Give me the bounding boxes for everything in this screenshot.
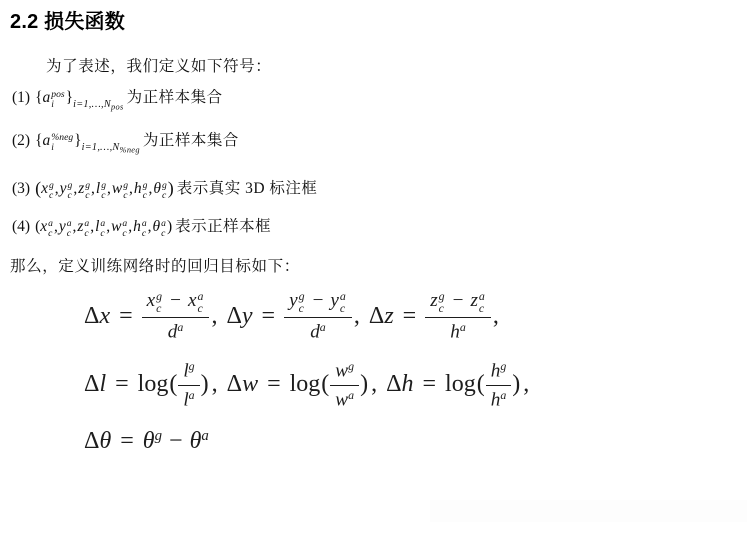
denominator: ha [425, 318, 491, 344]
equation-block: Δx=xgc−xacda,Δy=ygc−yacda,Δz=zgc−zacha, … [84, 289, 538, 455]
var-supsub: ac [122, 219, 127, 239]
var-supsub: gc [101, 181, 106, 201]
var-sup: g [189, 359, 195, 373]
var-sup: g [500, 359, 506, 373]
lhs-var: y [242, 303, 253, 330]
var-base: h [133, 218, 141, 235]
comma: , [129, 180, 133, 197]
var-base: x [40, 218, 47, 235]
var-base: z [78, 180, 84, 197]
var-supsub: ac [84, 219, 89, 239]
var-base: d [168, 322, 178, 343]
lhs-var: w [242, 371, 258, 398]
comma: , [493, 303, 499, 330]
minus-sign: − [453, 290, 464, 311]
comma: , [148, 218, 152, 235]
index-sub: %neg [120, 145, 140, 154]
fraction: hgha [486, 358, 512, 412]
comma: , [55, 180, 59, 197]
open-paren: ( [477, 371, 485, 398]
comma: , [90, 218, 94, 235]
var-base: θ [190, 428, 202, 454]
var-base: x [188, 290, 197, 311]
comma: , [212, 371, 218, 398]
var-sub: c [439, 302, 445, 314]
definition-item-4: (4)(xac,yac,zac,lac,wac,hac,θac)表示正样本框 [12, 217, 271, 239]
comma: , [73, 218, 77, 235]
var-sub: c [197, 302, 203, 314]
var-sup: a [189, 388, 195, 402]
comma: , [148, 180, 152, 197]
var-sub: c [479, 302, 485, 314]
intro-paragraph: 为了表述，我们定义如下符号： [46, 54, 271, 76]
numerator: xgc−xac [142, 289, 210, 318]
var-supsub: ac [479, 290, 485, 314]
var-sub: c [143, 191, 148, 201]
var-base: h [450, 322, 460, 343]
var-sub: c [68, 191, 73, 201]
var-base: z [430, 290, 437, 311]
var-supsub: gc [156, 290, 162, 314]
open-brace: { [35, 89, 42, 106]
set-notation: {a%negi}i=1,…,N%neg [35, 132, 140, 149]
denominator: da [142, 318, 210, 344]
index-text: i=1,…,N [73, 99, 111, 110]
var-base: l [96, 180, 100, 197]
delta-symbol: Δ [84, 303, 99, 330]
var-sub: i [51, 100, 64, 110]
var-sub: c [142, 229, 147, 239]
tuple-notation: (xac,yac,zac,lac,wac,hac,θac) [35, 218, 172, 235]
var-sup: a [500, 388, 506, 402]
var-base: h [491, 390, 501, 411]
open-paren: ( [169, 371, 177, 398]
close-paren: ) [167, 218, 172, 235]
var-supsub: ac [197, 290, 203, 314]
log-function: log [445, 371, 476, 398]
var-sup: %neg [51, 133, 73, 143]
log-function: log [138, 371, 169, 398]
delta-symbol: Δ [84, 428, 99, 454]
index-range: i=1,…,Npos [73, 99, 124, 110]
equals-sign: = [423, 371, 437, 398]
var-supsub: gc [68, 181, 73, 201]
var-base: w [112, 180, 122, 197]
fraction: wgwa [330, 358, 359, 412]
comma: , [371, 371, 377, 398]
var-supsub: gc [123, 181, 128, 201]
close-brace: } [74, 132, 81, 149]
close-paren: ) [360, 371, 368, 398]
var-sup: a [201, 428, 208, 444]
comma: , [107, 180, 111, 197]
comma: , [354, 303, 360, 330]
definition-item-1: (1){aposi}i=1,…,Npos为正样本集合 [12, 88, 223, 113]
var-sub: c [49, 191, 54, 201]
definition-item-3: (3)(xgc,ygc,zgc,lgc,wgc,hgc,θgc)表示真实 3D … [12, 177, 317, 201]
log-function: log [290, 371, 321, 398]
definition-item-2: (2){a%negi}i=1,…,N%neg为正样本集合 [12, 131, 239, 156]
lhs-var: x [99, 303, 110, 330]
var-sub: c [48, 229, 53, 239]
var-base: l [95, 218, 99, 235]
var-supsub: gc [162, 181, 167, 201]
comma: , [211, 303, 217, 330]
var-sub: c [101, 191, 106, 201]
comma: , [128, 218, 132, 235]
var-base: z [470, 290, 477, 311]
fraction: xgc−xacda [142, 289, 210, 344]
comma: , [523, 371, 529, 398]
denominator: da [284, 318, 352, 344]
equals-sign: = [120, 428, 134, 454]
delta-symbol: Δ [386, 371, 401, 398]
close-paren: ) [201, 371, 209, 398]
set-notation: {aposi}i=1,…,Npos [35, 89, 124, 106]
var-base: y [59, 218, 66, 235]
close-brace: } [66, 89, 73, 106]
lhs-var: z [384, 303, 393, 330]
numerator: lg [178, 358, 199, 387]
var-base: d [310, 322, 320, 343]
var-sub: c [340, 302, 346, 314]
var-supsub: ac [142, 219, 147, 239]
index-text: i=1,…,N [82, 142, 120, 153]
var-base: a [43, 132, 51, 149]
var-sub: c [100, 229, 105, 239]
var-supsub: gc [299, 290, 305, 314]
var-base: θ [143, 428, 155, 454]
var-base: y [60, 180, 67, 197]
var-supsub: ac [161, 219, 166, 239]
var-supsub: gc [143, 181, 148, 201]
numerator: zgc−zac [425, 289, 491, 318]
lhs-var: h [402, 371, 414, 398]
var-sub: c [67, 229, 72, 239]
var-base: y [289, 290, 298, 311]
item-text: 表示真实 3D 标注框 [177, 180, 318, 197]
var-sub: i [51, 143, 73, 153]
var-sub: c [156, 302, 162, 314]
var-base: x [41, 180, 48, 197]
var-supsub: ac [48, 219, 53, 239]
equals-sign: = [267, 371, 281, 398]
equals-sign: = [115, 371, 129, 398]
var-supsub: gc [85, 181, 90, 201]
delta-symbol: Δ [369, 303, 384, 330]
var-supsub: ac [67, 219, 72, 239]
numerator: hg [486, 358, 512, 387]
minus-sign: − [313, 290, 324, 311]
var-sub: c [162, 191, 167, 201]
denominator: ha [486, 386, 512, 412]
delta-symbol: Δ [226, 303, 241, 330]
delta-symbol: Δ [84, 371, 99, 398]
var-sup: a [348, 388, 354, 402]
var-base: h [491, 360, 501, 381]
var-base: θ [153, 218, 161, 235]
var-base: z [77, 218, 83, 235]
var-sup: g [155, 428, 162, 444]
var-supsub: posi [51, 90, 64, 110]
faint-watermark-band [430, 500, 747, 522]
fraction: zgc−zacha [425, 289, 491, 344]
equals-sign: = [262, 303, 276, 330]
comma: , [54, 218, 58, 235]
fraction: ygc−yacda [284, 289, 352, 344]
index-sub: pos [111, 102, 124, 111]
var-supsub: ac [340, 290, 346, 314]
var-sup: a [460, 320, 466, 334]
var-base: a [43, 89, 51, 106]
close-paren: ) [512, 371, 520, 398]
tuple-notation: (xgc,ygc,zgc,lgc,wgc,hgc,θgc) [35, 180, 174, 197]
var-sub: c [122, 229, 127, 239]
item-text: 表示正样本框 [175, 218, 271, 235]
numerator: wg [330, 358, 359, 387]
item-text: 为正样本集合 [143, 132, 239, 149]
item-number: (2) [12, 132, 30, 149]
denominator: wa [330, 386, 359, 412]
var-base: θ [153, 180, 161, 197]
var-supsub: ac [100, 219, 105, 239]
section-title: 2.2 损失函数 [10, 5, 125, 34]
var-sub: c [161, 229, 166, 239]
var-base: y [330, 290, 339, 311]
lhs-var: l [99, 371, 106, 398]
equation-line-3: Δθ=θg−θa [84, 428, 538, 455]
open-brace: { [35, 132, 42, 149]
item-text: 为正样本集合 [127, 89, 223, 106]
var-base: w [335, 390, 348, 411]
var-sub: c [84, 229, 89, 239]
var-supsub: gc [49, 181, 54, 201]
item-number: (3) [12, 180, 30, 197]
equation-line-2: Δl=log(lgla),Δw=log(wgwa),Δh=log(hgha), [84, 358, 538, 412]
var-sup: a [320, 320, 326, 334]
var-base: h [134, 180, 142, 197]
lhs-var: θ [99, 428, 111, 454]
var-base: w [111, 218, 121, 235]
transition-paragraph: 那么，定义训练网络时的回归目标如下： [10, 254, 300, 276]
var-sup: g [348, 359, 354, 373]
var-supsub: %negi [51, 133, 73, 153]
numerator: ygc−yac [284, 289, 352, 318]
close-paren: ) [168, 178, 174, 198]
equals-sign: = [119, 303, 133, 330]
var-sub: c [299, 302, 305, 314]
var-base: w [335, 360, 348, 381]
comma: , [73, 180, 77, 197]
fraction: lgla [178, 358, 199, 412]
comma: , [91, 180, 95, 197]
denominator: la [178, 386, 199, 412]
var-sub: c [123, 191, 128, 201]
var-supsub: gc [439, 290, 445, 314]
var-base: x [147, 290, 156, 311]
index-range: i=1,…,N%neg [82, 142, 140, 153]
equation-line-1: Δx=xgc−xacda,Δy=ygc−yacda,Δz=zgc−zacha, [84, 289, 538, 344]
var-sup: a [177, 320, 183, 334]
minus-sign: − [170, 290, 181, 311]
var-sub: c [85, 191, 90, 201]
open-paren: ( [321, 371, 329, 398]
comma: , [106, 218, 110, 235]
equals-sign: = [403, 303, 417, 330]
item-number: (4) [12, 218, 30, 235]
delta-symbol: Δ [227, 371, 242, 398]
minus-sign: − [169, 428, 183, 454]
item-number: (1) [12, 89, 30, 106]
